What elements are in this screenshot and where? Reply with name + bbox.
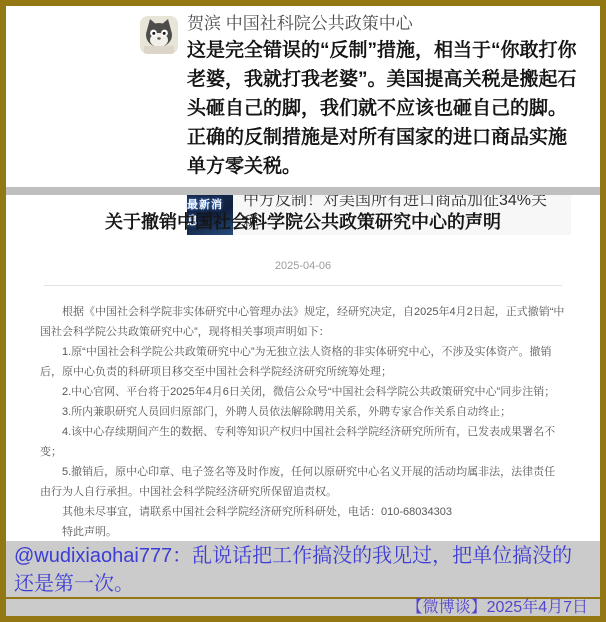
divider-band	[6, 187, 600, 195]
statement-title: 关于撤销中国社会科学院公共政策研究中心的声明	[6, 208, 600, 234]
statement-paragraph: 5.撤销后，原中心印章、电子签名等及时作废，任何以原研究中心名义开展的活动均属非…	[6, 462, 600, 502]
footer-source: 【微博谈】2025年4月7日	[407, 599, 588, 616]
statement-date: 2025-04-06	[6, 260, 600, 272]
footer-bar: 【微博谈】2025年4月7日	[6, 597, 600, 616]
statement-paragraph: 4.该中心存续期间产生的数据、专利等知识产权归中国社会科学院经济研究所所有，已发…	[6, 422, 600, 462]
post-main: 贺滨 中国社科院公共政策中心 这是完全错误的“反制”措施，相当于“你敢打你老婆，…	[187, 12, 585, 187]
statement-paragraph: 根据《中国社会科学院非实体研究中心管理办法》规定，经研究决定，自2025年4月2…	[6, 302, 600, 342]
statement-paragraph: 3.所内兼职研究人员回归原部门，外聘人员依法解除聘用关系，外聘专家合作关系自动终…	[6, 402, 600, 422]
avatar[interactable]	[140, 16, 178, 54]
statement-paragraph: 特此声明。	[6, 522, 600, 541]
statement-divider	[44, 285, 562, 286]
statement-paragraph: 2.中心官网、平台将于2025年4月6日关闭，微信公众号“中国社会科学院公共政策…	[6, 382, 600, 402]
statement-body: 根据《中国社会科学院非实体研究中心管理办法》规定，经研究决定，自2025年4月2…	[6, 302, 600, 541]
cat-avatar-icon	[140, 16, 178, 54]
weibo-post: 贺滨 中国社科院公共政策中心 这是完全错误的“反制”措施，相当于“你敢打你老婆，…	[6, 6, 600, 187]
post-author[interactable]: 贺滨 中国社科院公共政策中心	[187, 12, 585, 36]
statement-paragraph: 其他未尽事宜，请联系中国社会科学院经济研究所科研处，电话：010-6803430…	[6, 502, 600, 522]
statement-paragraph: 1.原“中国社会科学院公共政策研究中心”为无独立法人资格的非实体研究中心，不涉及…	[6, 342, 600, 382]
screenshot-frame: 贺滨 中国社科院公共政策中心 这是完全错误的“反制”措施，相当于“你敢打你老婆，…	[0, 0, 606, 622]
post-text: 这是完全错误的“反制”措施，相当于“你敢打你老婆，我就打我老婆”。美国提高关税是…	[187, 36, 585, 181]
comment-strip: @wudixiaohai777：乱说话把工作搞没的我见过，把单位搞没的还是第一次…	[6, 541, 600, 597]
statement-document: 关于撤销中国社会科学院公共政策研究中心的声明 2025-04-06 根据《中国社…	[6, 195, 600, 541]
